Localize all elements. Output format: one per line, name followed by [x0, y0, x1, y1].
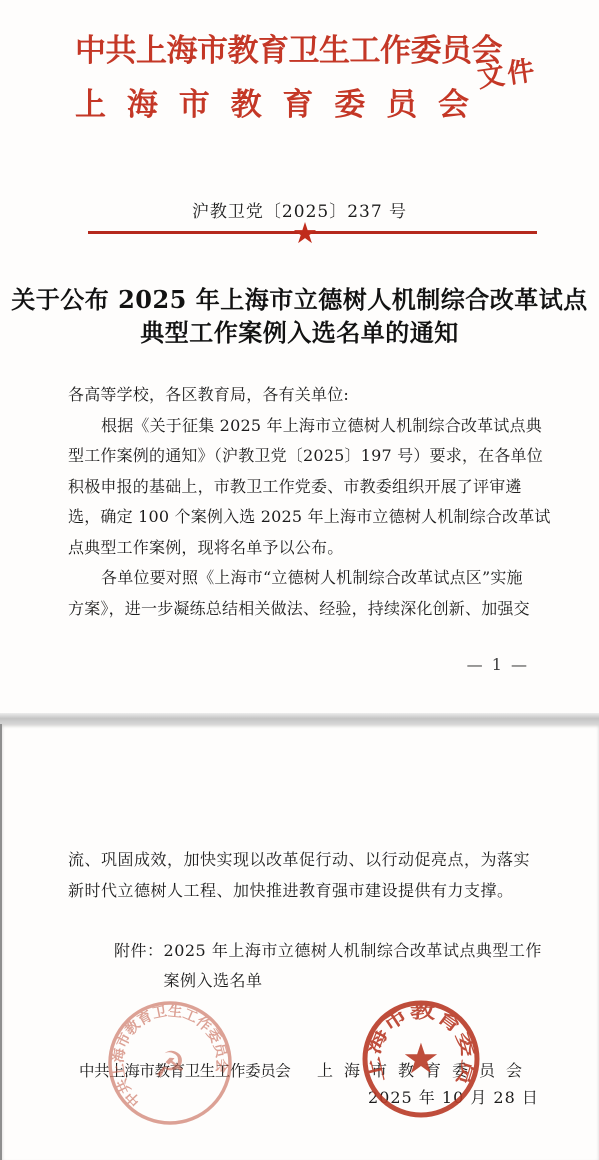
body-text-page1: 各高等学校，各区教育局，各有关单位: 根据《关于征集 2025 年上海市立德树人… — [68, 380, 543, 624]
document-title-line1: 关于公布 2025 年上海市立德树人机制综合改革试点 — [0, 283, 599, 316]
document-title: 关于公布 2025 年上海市立德树人机制综合改革试点 典型工作案例入选名单的通知 — [0, 283, 599, 349]
paragraph-line: 型工作案例的通知》（沪教卫党〔2025〕197 号）要求，在各单位 — [68, 441, 543, 472]
body-text-page2: 流、巩固成效，加快实现以改革促行动、以行动促亮点，为落实 新时代立德树人工程、加… — [68, 844, 543, 906]
signer-right-org: 上海市教育委员会 — [317, 1062, 533, 1080]
salutation-line: 各高等学校，各区教育局，各有关单位: — [68, 380, 543, 411]
paragraph-line: 点典型工作案例，现将名单予以公布。 — [68, 533, 543, 564]
paragraph-line: 方案》，进一步凝练总结相关做法、经验，持续深化创新、加强交 — [68, 594, 543, 625]
letterhead: 中共上海市教育卫生工作委员会 上海市教育委员会 — [75, 24, 469, 132]
signature-block: 中共上海市教育卫生工作委员会 上海市教育委员会 2025 年 10 月 28 日 — [2, 1062, 599, 1142]
issuer-org-line2: 上海市教育委员会 — [75, 78, 469, 132]
paragraph-line: 选，确定 100 个案例入选 2025 年上海市立德树人机制综合改革试 — [68, 502, 543, 533]
issuer-org-line1: 中共上海市教育卫生工作委员会 — [75, 24, 469, 78]
page-break-gap — [0, 713, 599, 724]
paragraph-line: 流、巩固成效，加快实现以改革促行动、以行动促亮点，为落实 — [68, 844, 543, 875]
attachment-title: 2025 年上海市立德树人机制综合改革试点典型工作 案例入选名单 — [164, 936, 542, 996]
document-page-2: 流、巩固成效，加快实现以改革促行动、以行动促亮点，为落实 新时代立德树人工程、加… — [0, 724, 599, 1160]
attachment-title-line1: 2025 年上海市立德树人机制综合改革试点典型工作 — [164, 936, 542, 966]
document-page-1: 中共上海市教育卫生工作委员会 上海市教育委员会 文件 沪教卫党〔2025〕237… — [0, 0, 599, 713]
page-number: — 1 — — [0, 655, 599, 674]
signer-left-org: 中共上海市教育卫生工作委员会 — [79, 1062, 290, 1080]
paragraph-line: 各单位要对照《上海市“立德树人机制综合改革试点区”实施 — [68, 563, 543, 594]
attachment-title-line2: 案例入选名单 — [164, 966, 542, 996]
attachment-note: 附件： 2025 年上海市立德树人机制综合改革试点典型工作 案例入选名单 — [114, 936, 542, 996]
document-type-label: 文件 — [475, 48, 540, 95]
paragraph-line: 积极申报的基础上，市教卫工作党委、市教委组织开展了评审遴 — [68, 472, 543, 503]
paragraph-line: 新时代立德树人工程、加快推进教育强市建设提供有力支撑。 — [68, 875, 543, 906]
document-title-line2: 典型工作案例入选名单的通知 — [0, 316, 599, 349]
document-date: 2025 年 10 月 28 日 — [368, 1089, 539, 1107]
star-icon: ★ — [288, 217, 322, 249]
paragraph-line: 根据《关于征集 2025 年上海市立德树人机制综合改革试点典 — [68, 411, 543, 442]
scanned-official-document: { "page1": { "header": { "org_line1": "中… — [0, 0, 599, 1160]
attachment-label: 附件： — [114, 936, 164, 996]
